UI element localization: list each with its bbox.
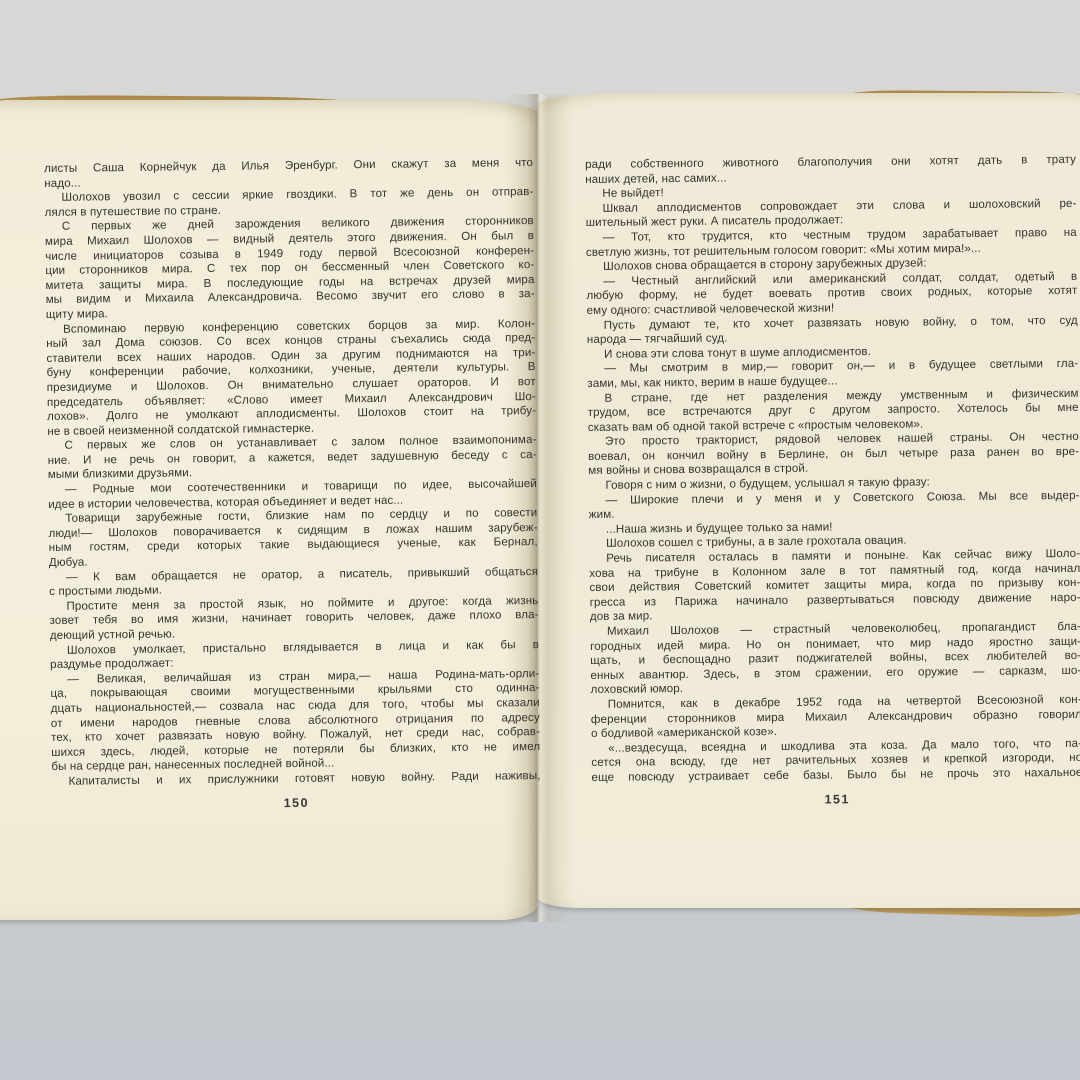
paragraph: Вспоминаю первую конференцию советских б… (46, 317, 536, 440)
left-page-paragraphs: листы Саша Корнейчук да Илья Эренбург. О… (44, 156, 541, 789)
paragraph: С первых же дней зарождения великого дви… (45, 214, 535, 322)
paragraph: Помнится, как в декабре 1952 года на чет… (591, 693, 1080, 742)
paragraph: «...вездесуща, всеядна и шкодлива эта ко… (591, 737, 1080, 786)
book-photo: листы Саша Корнейчук да Илья Эренбург. О… (0, 0, 1080, 1080)
paragraph: — Великая, величайшая из стран мира,— на… (50, 667, 540, 775)
paragraph: С первых же слов он устанавливает с зало… (47, 433, 536, 483)
paragraph: Михаил Шолохов — страстный человеколюбец… (590, 620, 1080, 698)
right-page-text: ради собственного животного благополучия… (585, 153, 1080, 809)
paragraph: В стране, где нет разделения между умств… (587, 386, 1078, 435)
paragraph: Простите меня за простой язык, но поймит… (49, 594, 538, 644)
paragraph: — Честный английский или американский со… (586, 270, 1077, 319)
right-page-paragraphs: ради собственного животного благополучия… (585, 153, 1080, 786)
paragraph: Товарищи зарубежные гости, близкие нам п… (48, 506, 538, 570)
paragraph: Это просто тракторист, рядовой человек н… (588, 430, 1079, 479)
left-page-text: листы Саша Корнейчук да Илья Эренбург. О… (44, 156, 541, 813)
paragraph: Речь писателя осталась в памяти и поныне… (589, 547, 1080, 625)
